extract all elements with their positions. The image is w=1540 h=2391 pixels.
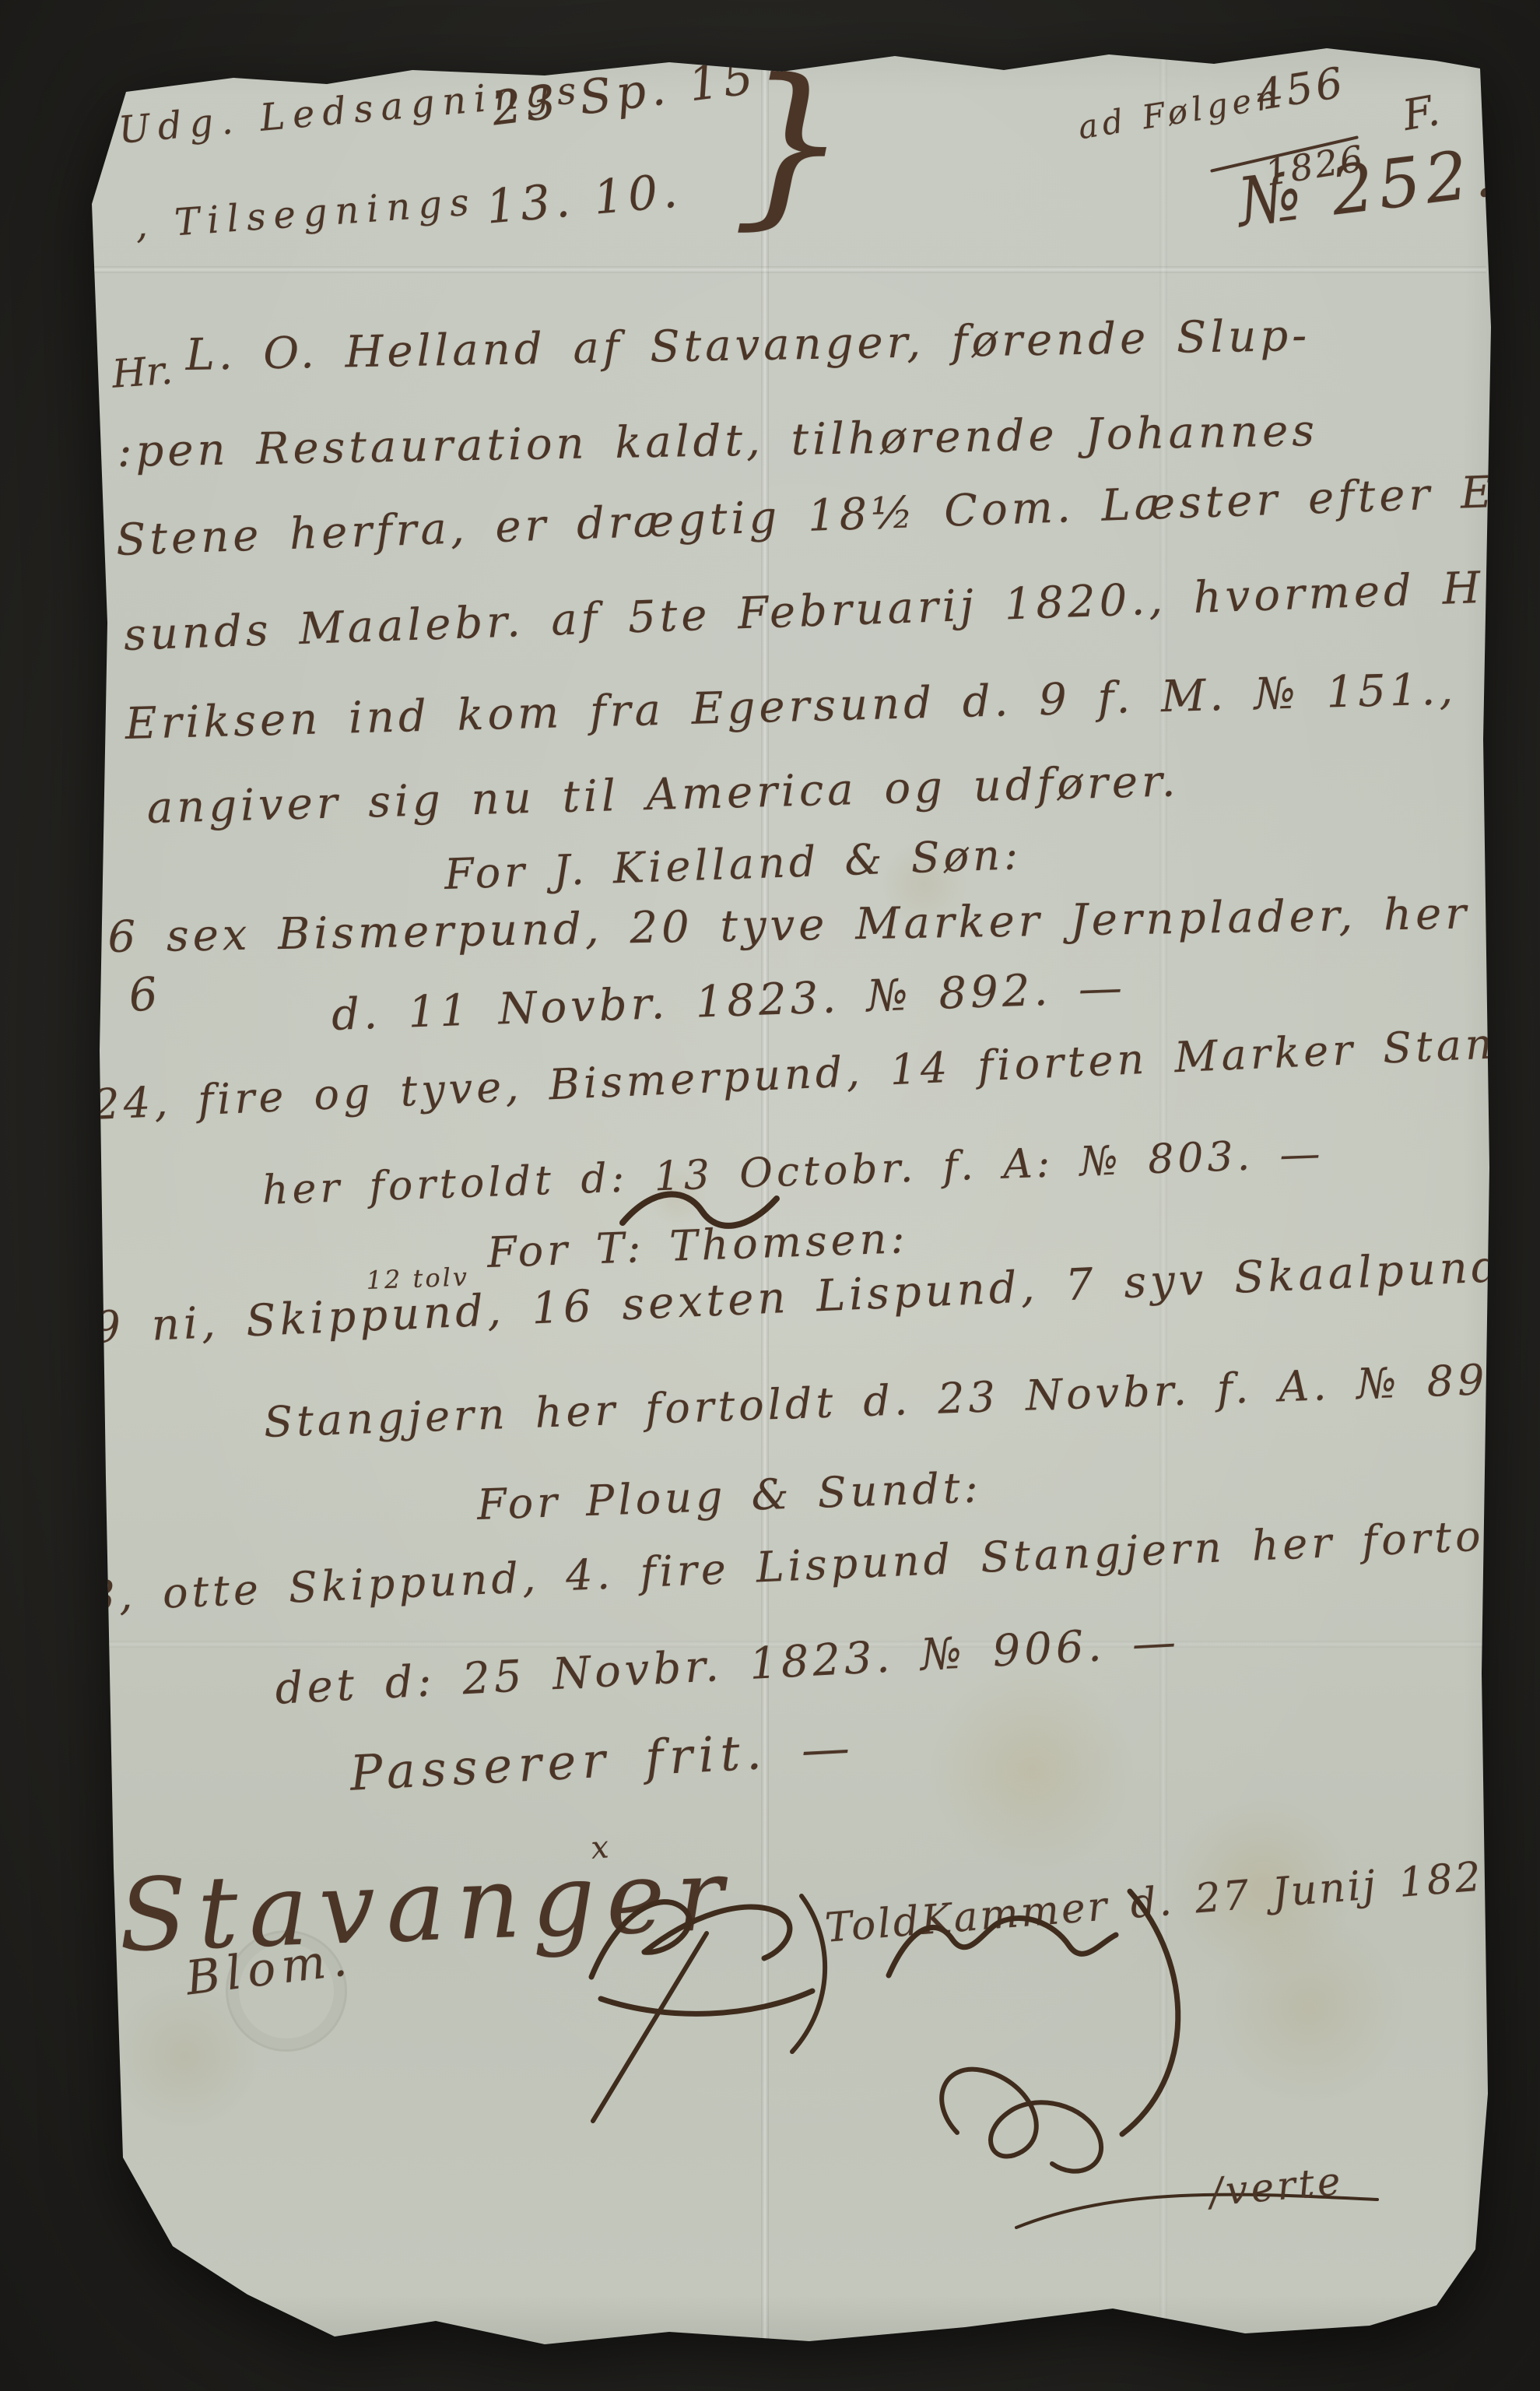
body-line-5: Eriksen ind kom fra Egersund d. 9 f. M. … [125,664,1458,750]
expense-note-line2-value: 13. 10. [484,163,684,235]
curly-brace: } [731,47,848,241]
body-line-4: sunds Maalebr. af 5te Februarij 1820., h… [123,559,1540,661]
journal-ref-prefix: ad Følger [1075,78,1279,147]
document-number: № 252. [1233,133,1503,242]
expense-note-line2-label: , Tilsegnings [134,180,478,248]
body-line-6: angiver sig nu til America og udfører. [146,756,1180,834]
paper-sheet: Udg. Ledsagnings 23 Sp. 15 , Tilsegnings… [0,0,1540,2391]
body-line-3: Stene herfra, er drægtig 18½ Com. Læster… [115,463,1540,566]
scanned-document-photo: Udg. Ledsagnings 23 Sp. 15 , Tilsegnings… [0,0,1540,2391]
journal-ref-numerator: 456 [1253,58,1349,120]
margin-word: Hr. [111,348,174,397]
body-line-1: L. O. Helland af Stavanger, førende Slup… [185,311,1311,381]
journal-ref-suffix: F. [1399,86,1443,140]
kielland-item1-correction: 6 [126,967,160,1022]
thomsen-item1-line2: Stangjern her fortoldt d. 23 Novbr. f. A… [263,1353,1537,1447]
signature-right [865,1874,1208,2209]
kielland-item2-line1: 24, fire og tyve, Bismerpund, 14 fiorten… [92,1013,1540,1129]
horizontal-fold-crease-top [93,266,1486,273]
section-heading-kielland: For J. Kielland & Søn: [444,830,1023,899]
kielland-item1-line1: 6 sex Bismerpund, 20 tyve Marker Jernpla… [107,884,1540,963]
body-line-2: :pen Restauration kaldt, tilhørende Joha… [117,406,1318,477]
paper-sheet-wrapper: Udg. Ledsagnings 23 Sp. 15 , Tilsegnings… [0,0,1540,2391]
ploug-item1-line1: 8, otte Skippund, 4. fire Lispund Stangj… [87,1510,1521,1621]
expense-note-line1-value: 23 Sp. 15 [489,50,760,136]
kielland-item1-line2: d. 11 Novbr. 1823. № 892. — [331,962,1127,1041]
section-heading-ploug-sundt: For Ploug & Sundt: [476,1462,983,1529]
clearance-statement: Passerer frit. — [349,1719,858,1802]
section-heading-thomsen: For T: Thomsen: [486,1213,909,1277]
ploug-item1-line2: det d: 25 Novbr. 1823. № 906. — [274,1617,1180,1715]
signature-center [545,1868,856,2133]
